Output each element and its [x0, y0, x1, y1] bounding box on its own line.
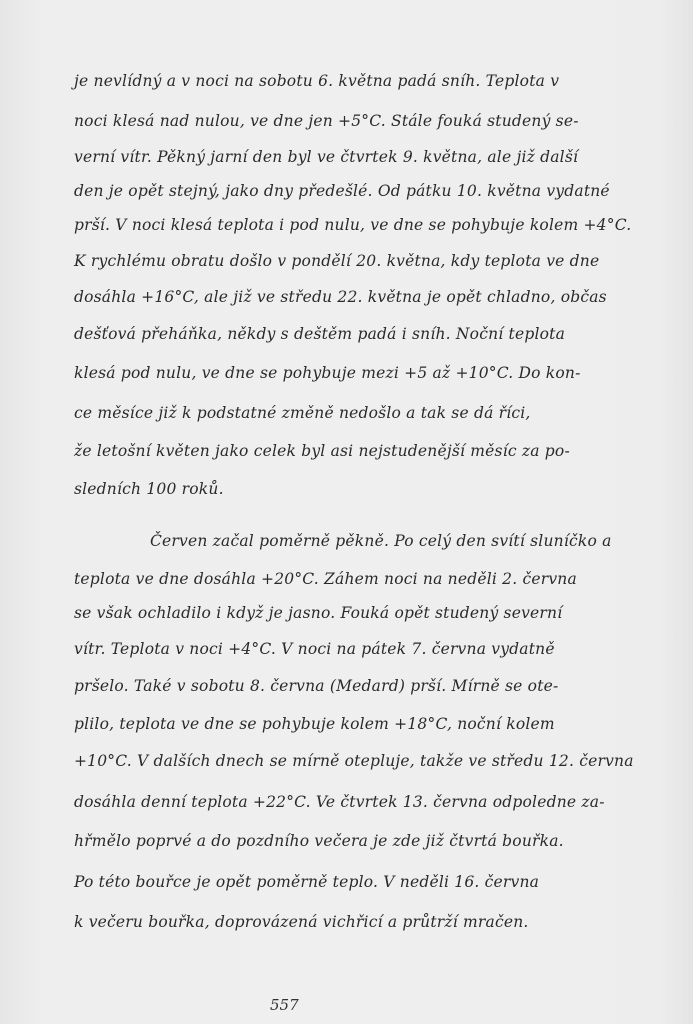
text-line: plilo, teplota ve dne se pohybuje kolem … [74, 715, 634, 733]
text-line: prší. V noci klesá teplota i pod nulu, v… [74, 216, 634, 234]
scanned-page: je nevlídný a v noci na sobotu 6. května… [0, 0, 693, 1024]
text-line: vítr. Teplota v noci +4°C. V noci na pát… [74, 640, 634, 658]
page-number: 557 [270, 996, 299, 1014]
text-line: ce měsíce již k podstatné změně nedošlo … [74, 404, 634, 422]
text-line: sledních 100 roků. [74, 480, 634, 498]
text-line: pršelo. Také v sobotu 8. června (Medard)… [74, 677, 634, 695]
text-line: +10°C. V dalších dnech se mírně otepluje… [74, 752, 634, 770]
text-line: den je opět stejný, jako dny předešlé. O… [74, 182, 634, 200]
text-line: Po této bouřce je opět poměrně teplo. V … [74, 873, 634, 891]
text-line: teplota ve dne dosáhla +20°C. Záhem noci… [74, 570, 634, 588]
text-line: noci klesá nad nulou, ve dne jen +5°C. S… [74, 112, 634, 130]
text-line: dešťová přeháňka, někdy s deštěm padá i … [74, 325, 634, 343]
text-line: dosáhla denní teplota +22°C. Ve čtvrtek … [74, 793, 634, 811]
text-line: se však ochladilo i když je jasno. Fouká… [74, 604, 634, 622]
text-line: k večeru bouřka, doprovázená vichřicí a … [74, 913, 634, 931]
text-line: že letošní květen jako celek byl asi nej… [74, 442, 634, 460]
text-line: dosáhla +16°C, ale již ve středu 22. kvě… [74, 288, 634, 306]
text-line: klesá pod nulu, ve dne se pohybuje mezi … [74, 364, 634, 382]
text-line: K rychlému obratu došlo v pondělí 20. kv… [74, 252, 634, 270]
text-line: hřmělo poprvé a do pozdního večera je zd… [74, 832, 634, 850]
text-line: verní vítr. Pěkný jarní den byl ve čtvrt… [74, 148, 634, 166]
text-line: Červen začal poměrně pěkně. Po celý den … [150, 532, 630, 550]
text-line: je nevlídný a v noci na sobotu 6. května… [74, 72, 634, 90]
